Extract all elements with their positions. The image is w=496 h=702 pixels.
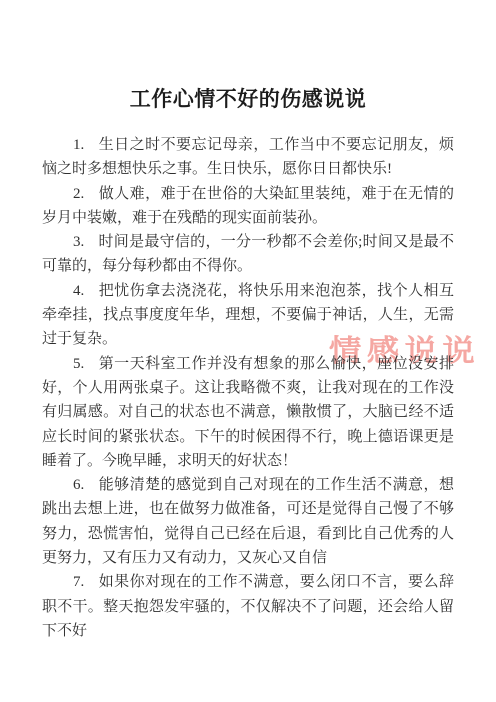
paragraph-number: 4. — [73, 283, 84, 299]
paragraph-text: 把忧伤拿去浇浇花，将快乐用来泡泡茶，找个人相互牵牵挂，找点事度度年华，理想，不要… — [42, 283, 454, 348]
paragraph-text: 生日之时不要忘记母亲，工作当中不要忘记朋友，烦恼之时多想想快乐之事。生日快乐，愿… — [42, 137, 454, 177]
paragraph: 2.做人难，难于在世俗的大染缸里装纯，难于在无情的岁月中装嫩，难于在残酷的现实面… — [42, 182, 454, 231]
paragraph-number: 6. — [73, 477, 84, 493]
paragraph: 3.时间是最守信的，一分一秒都不会差你;时间又是最不可靠的，每分每秒都由不得你。 — [42, 230, 454, 279]
page-title: 工作心情不好的伤感说说 — [0, 83, 496, 113]
paragraph: 6.能够清楚的感觉到自己对现在的工作生活不满意，想跳出去想上进，也在做努力做准备… — [42, 473, 454, 570]
paragraph-number: 2. — [73, 186, 84, 202]
paragraph-text: 做人难，难于在世俗的大染缸里装纯，难于在无情的岁月中装嫩，难于在残酷的现实面前装… — [42, 186, 454, 226]
paragraph-number: 5. — [73, 356, 84, 372]
paragraph-text: 如果你对现在的工作不满意，要么闭口不言，要么辞职不干。整天抱怨发牢骚的，不仅解决… — [42, 574, 454, 639]
paragraph: 5.第一天科室工作并没有想象的那么愉快，座位没安排好，个人用两张桌子。这让我略微… — [42, 352, 454, 473]
paragraph-number: 1. — [73, 137, 84, 153]
paragraph-text: 第一天科室工作并没有想象的那么愉快，座位没安排好，个人用两张桌子。这让我略微不爽… — [42, 356, 454, 469]
document-page: 工作心情不好的伤感说说 情感说说 1.生日之时不要忘记母亲，工作当中不要忘记朋友… — [0, 0, 496, 702]
paragraph: 1.生日之时不要忘记母亲，工作当中不要忘记朋友，烦恼之时多想想快乐之事。生日快乐… — [42, 133, 454, 182]
paragraph-number: 3. — [73, 234, 84, 250]
paragraph-text: 能够清楚的感觉到自己对现在的工作生活不满意，想跳出去想上进，也在做努力做准备，可… — [42, 477, 454, 566]
paragraph: 7.如果你对现在的工作不满意，要么闭口不言，要么辞职不干。整天抱怨发牢骚的，不仅… — [42, 570, 454, 643]
paragraph-text: 时间是最守信的，一分一秒都不会差你;时间又是最不可靠的，每分每秒都由不得你。 — [42, 234, 454, 274]
document-body: 1.生日之时不要忘记母亲，工作当中不要忘记朋友，烦恼之时多想想快乐之事。生日快乐… — [42, 133, 454, 643]
paragraph: 4.把忧伤拿去浇浇花，将快乐用来泡泡茶，找个人相互牵牵挂，找点事度度年华，理想，… — [42, 279, 454, 352]
paragraph-number: 7. — [73, 574, 84, 590]
